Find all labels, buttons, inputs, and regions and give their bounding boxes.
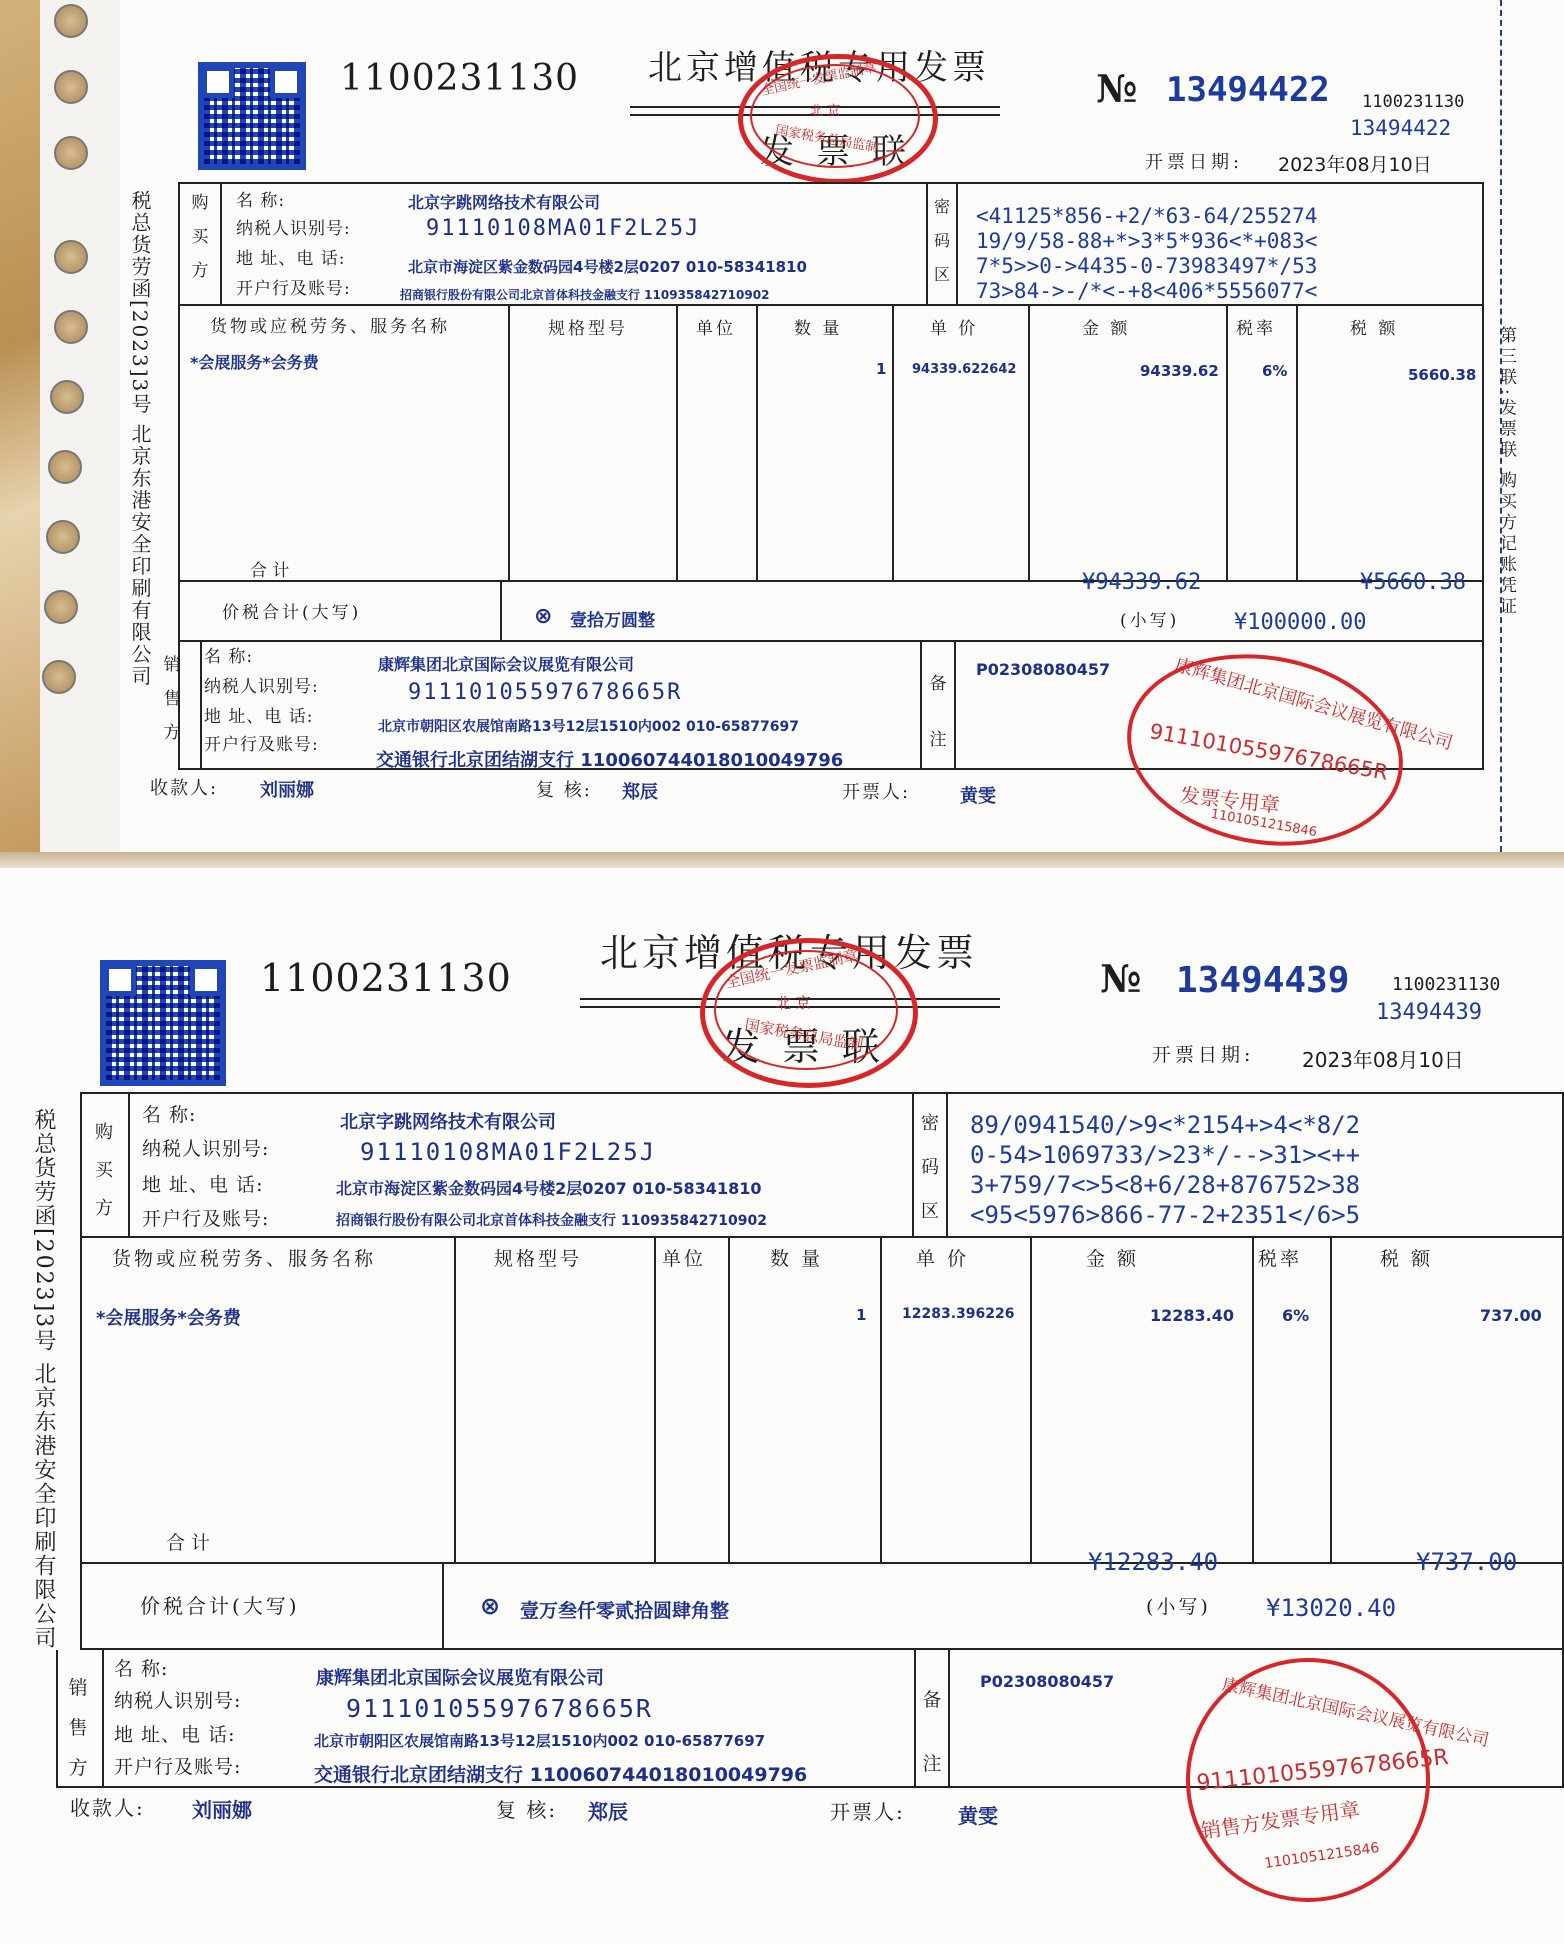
- remarks-label: 备注: [926, 656, 950, 768]
- supervision-seal-text: 北 京: [810, 100, 840, 119]
- buyer-section-label: 购买方: [188, 186, 212, 288]
- seller-name-label: 名 称:: [114, 1654, 168, 1681]
- cipher-area-label: 密码区: [930, 190, 954, 292]
- col-header-spec: 规格型号: [494, 1244, 582, 1271]
- divider: [178, 580, 1484, 582]
- divider: [654, 1236, 656, 1562]
- divider: [442, 1562, 444, 1650]
- total-amount: ¥13020.40: [1266, 1594, 1396, 1622]
- subtotal-label: 合 计: [166, 1528, 210, 1555]
- col-header-unit-price: 单 价: [916, 1244, 969, 1271]
- col-header-amount: 金 额: [1086, 1244, 1139, 1271]
- buyer-tax-id-label: 纳税人识别号:: [236, 214, 351, 239]
- item-tax: 737.00: [1480, 1306, 1542, 1325]
- buyer-name-label: 名 称:: [236, 186, 285, 211]
- invoice-number-small: 13494439: [1376, 1000, 1482, 1025]
- divider: [1028, 304, 1030, 580]
- item-amount: 12283.40: [1150, 1306, 1234, 1325]
- total-amount: ¥100000.00: [1234, 610, 1366, 635]
- seller-address-label: 地 址、电 话:: [204, 702, 314, 727]
- seller-bank: 交通银行北京团结湖支行 110060744018010049796: [314, 1760, 807, 1787]
- divider: [676, 304, 678, 580]
- payee: 刘丽娜: [192, 1794, 252, 1823]
- col-header-qty: 数 量: [794, 314, 842, 339]
- divider: [102, 1650, 104, 1788]
- divider: [1226, 304, 1228, 580]
- perforation-hole: [46, 520, 80, 554]
- number-label: №: [1096, 66, 1137, 111]
- buyer-address: 北京市海淀区紫金数码园4号楼2层0207 010-58341810: [336, 1176, 761, 1199]
- invoice-code-small: 1100231130: [1362, 92, 1464, 112]
- buyer-bank: 招商银行股份有限公司北京首体科技金融支行 110935842710902: [400, 286, 769, 303]
- divider: [920, 640, 922, 770]
- buyer-address: 北京市海淀区紫金数码园4号楼2层0207 010-58341810: [408, 256, 807, 277]
- col-header-tax-rate: 税率: [1236, 314, 1276, 339]
- cipher-line: <95<5976>866-77-2+2351</6>5: [970, 1200, 1360, 1230]
- cipher-area: <41125*856-+2/*63-64/25527419/9/58-88+*>…: [976, 204, 1317, 304]
- printer-side-text: 税总货劳函[2023]3号 北京东港安全印刷有限公司: [28, 1108, 59, 1650]
- divider: [948, 1650, 950, 1788]
- divider: [200, 640, 202, 770]
- item-tax-rate: 6%: [1262, 362, 1287, 380]
- issue-date: 2023年08月10日: [1278, 150, 1432, 177]
- perforated-strip: [40, 0, 120, 852]
- item-unit-price: 12283.396226: [902, 1306, 1014, 1322]
- divider: [892, 304, 894, 580]
- payee-label: 收款人:: [70, 1792, 145, 1821]
- seller-address: 北京市朝阳区农展馆南路13号12层1510内002 010-65877697: [314, 1730, 765, 1751]
- cipher-line: 7*5>>0->4435-0-73983497*/53: [976, 254, 1317, 279]
- col-header-tax: 税 额: [1380, 1244, 1433, 1271]
- perforation-hole: [54, 70, 88, 104]
- total-small-label: (小写): [1120, 606, 1179, 631]
- cipher-line: <41125*856-+2/*63-64/255274: [976, 204, 1317, 229]
- total-label: 价税合计(大写): [222, 598, 361, 623]
- divider: [926, 182, 928, 304]
- divider: [178, 304, 1484, 306]
- perforation-hole: [50, 380, 84, 414]
- total-small-label: (小写): [1146, 1592, 1211, 1619]
- cipher-line: 0-54>1069733/>23*/-->31><++: [970, 1140, 1360, 1170]
- qr-code: [198, 62, 306, 170]
- background-wood: [0, 0, 40, 852]
- reviewer-label: 复 核:: [496, 1794, 557, 1823]
- divider: [912, 1092, 914, 1236]
- buyer-section-label: 购买方: [92, 1114, 116, 1228]
- divider: [756, 304, 758, 580]
- subtotal-tax: ¥5660.38: [1360, 570, 1466, 595]
- total-label: 价税合计(大写): [140, 1590, 300, 1619]
- seller-tax-id-label: 纳税人识别号:: [114, 1686, 241, 1713]
- col-header-tax: 税 额: [1350, 314, 1398, 339]
- seller-address: 北京市朝阳区农展馆南路13号12层1510内002 010-65877697: [378, 716, 799, 736]
- divider: [508, 304, 510, 580]
- issuer: 黄雯: [958, 1800, 998, 1829]
- divider: [880, 1236, 882, 1562]
- divider: [1330, 1236, 1332, 1562]
- item-tax-rate: 6%: [1282, 1306, 1309, 1325]
- item-unit-price: 94339.622642: [912, 362, 1016, 377]
- divider: [956, 182, 958, 304]
- perforation-hole: [42, 660, 76, 694]
- subtotal-label: 合 计: [250, 556, 289, 581]
- col-header-unit: 单位: [662, 1244, 706, 1271]
- seller-name: 康辉集团北京国际会议展览有限公司: [378, 652, 634, 675]
- invoice-number: 13494422: [1166, 70, 1330, 110]
- divider: [454, 1236, 456, 1562]
- issuer-label: 开票人:: [830, 1796, 905, 1825]
- copy-side-text: 第三联:发票联 购买方记账凭证: [1494, 326, 1519, 618]
- buyer-bank-label: 开户行及账号:: [142, 1204, 269, 1231]
- subtotal-tax: ¥737.00: [1416, 1548, 1517, 1576]
- circle-x-icon: ⊗: [534, 604, 552, 629]
- perforation-hole: [54, 136, 88, 170]
- cipher-area: 89/0941540/>9<*2154+>4<*8/20-54>1069733/…: [970, 1110, 1360, 1230]
- col-header-unit-price: 单 价: [930, 314, 978, 339]
- payee-label: 收款人:: [150, 774, 218, 800]
- col-header-amount: 金 额: [1082, 314, 1130, 339]
- divider: [178, 640, 1484, 642]
- cipher-line: 19/9/58-88+*>3*5*936<*+083<: [976, 229, 1317, 254]
- remarks: P02308080457: [976, 660, 1110, 679]
- divider: [220, 182, 222, 304]
- circle-x-icon: ⊗: [480, 1592, 500, 1620]
- reviewer: 郑辰: [622, 778, 658, 804]
- remarks: P02308080457: [980, 1672, 1114, 1691]
- perforation-hole: [54, 240, 88, 274]
- item-amount: 94339.62: [1140, 362, 1219, 380]
- buyer-tax-id: 91110108MA01F2L25J: [426, 216, 700, 241]
- invoice-2: 1100231130 北京增值税专用发票 发票联 全国统一发票监制章 北 京 国…: [0, 868, 1564, 1944]
- issuer: 黄雯: [960, 782, 996, 808]
- date-label: 开票日期:: [1145, 148, 1243, 174]
- subtotal-amount: ¥94339.62: [1082, 570, 1201, 595]
- payee: 刘丽娜: [260, 776, 314, 802]
- invoice-code: 1100231130: [260, 956, 512, 1000]
- invoice-1: 1100231130 北京增值税专用发票 发票联 全国统一发票监制章 北 京 国…: [0, 0, 1564, 852]
- buyer-tax-id: 91110108MA01F2L25J: [360, 1138, 656, 1166]
- buyer-bank: 招商银行股份有限公司北京首体科技金融支行 110935842710902: [336, 1210, 767, 1230]
- remarks-label: 备注: [920, 1668, 944, 1796]
- divider: [1252, 1236, 1254, 1562]
- col-header-spec: 规格型号: [548, 314, 628, 339]
- invoice-number-small: 13494422: [1350, 116, 1451, 140]
- buyer-tax-id-label: 纳税人识别号:: [142, 1134, 269, 1161]
- perforation-hole: [54, 310, 88, 344]
- col-header-name: 货物或应税劳务、服务名称: [112, 1244, 376, 1271]
- item-name: *会展服务*会务费: [96, 1304, 241, 1330]
- buyer-bank-label: 开户行及账号:: [236, 274, 351, 299]
- seller-bank-label: 开户行及账号:: [204, 730, 319, 755]
- divider: [128, 1092, 130, 1236]
- cipher-line: 3+759/7<>5<8+6/28+876752>38: [970, 1170, 1360, 1200]
- buyer-name: 北京字跳网络技术有限公司: [340, 1108, 556, 1134]
- seller-address-label: 地 址、电 话:: [114, 1720, 235, 1747]
- perforation-hole: [44, 590, 78, 624]
- divider: [500, 580, 502, 640]
- seller-name-label: 名 称:: [204, 642, 253, 667]
- reviewer-label: 复 核:: [536, 776, 592, 802]
- seller-section-label: 销售方: [160, 648, 184, 750]
- buyer-address-label: 地 址、电 话:: [142, 1170, 263, 1197]
- printer-side-text: 税总货劳函[2023]3号 北京东港安全印刷有限公司: [126, 190, 155, 688]
- item-qty: 1: [856, 1306, 866, 1324]
- reviewer: 郑辰: [588, 1796, 628, 1825]
- divider: [1296, 304, 1298, 580]
- total-in-words: 壹万叁仟零贰拾圆肆角整: [520, 1596, 729, 1623]
- item-tax: 5660.38: [1408, 366, 1476, 384]
- issuer-label: 开票人:: [842, 778, 910, 804]
- issue-date: 2023年08月10日: [1302, 1044, 1464, 1073]
- supervision-seal-text: 北 京: [776, 992, 811, 1013]
- col-header-name: 货物或应税劳务、服务名称: [210, 312, 450, 337]
- seller-bank-label: 开户行及账号:: [114, 1752, 241, 1779]
- perforation-hole: [48, 450, 82, 484]
- buyer-name: 北京字跳网络技术有限公司: [408, 190, 600, 213]
- col-header-unit: 单位: [696, 314, 736, 339]
- cipher-area-label: 密码区: [918, 1102, 942, 1234]
- date-label: 开票日期:: [1152, 1040, 1254, 1067]
- col-header-tax-rate: 税率: [1258, 1244, 1302, 1271]
- seller-section-label: 销售方: [66, 1668, 90, 1788]
- seller-tax-id: 91110105597678665R: [346, 1694, 653, 1723]
- seller-tax-id-label: 纳税人识别号:: [204, 672, 319, 697]
- subtotal-amount: ¥12283.40: [1088, 1548, 1218, 1576]
- item-qty: 1: [876, 360, 886, 378]
- invoice-code-small: 1100231130: [1392, 974, 1500, 995]
- total-in-words: 壹拾万圆整: [570, 606, 655, 631]
- number-label: №: [1100, 956, 1141, 1001]
- divider: [80, 1562, 1564, 1564]
- buyer-address-label: 地 址、电 话:: [236, 244, 346, 269]
- seller-tax-id: 91110105597678665R: [408, 680, 682, 705]
- cipher-line: 89/0941540/>9<*2154+>4<*8/2: [970, 1110, 1360, 1140]
- seller-name: 康辉集团北京国际会议展览有限公司: [316, 1664, 604, 1690]
- invoice-number: 13494439: [1176, 960, 1349, 1001]
- cipher-line: 73>84->-/*<-+8<406*5556077<: [976, 279, 1317, 304]
- divider: [914, 1650, 916, 1788]
- divider: [728, 1236, 730, 1562]
- qr-code: [100, 960, 226, 1086]
- col-header-qty: 数 量: [770, 1244, 823, 1271]
- divider: [1030, 1236, 1032, 1562]
- invoice-code: 1100231130: [340, 58, 579, 99]
- page-gap: [0, 852, 1564, 868]
- divider: [80, 1236, 1564, 1238]
- seller-bank: 交通银行北京团结湖支行 110060744018010049796: [376, 746, 843, 772]
- perforation-hole: [54, 4, 88, 38]
- divider: [946, 1092, 948, 1236]
- item-name: *会展服务*会务费: [190, 350, 319, 373]
- buyer-name-label: 名 称:: [142, 1100, 196, 1127]
- divider: [954, 640, 956, 770]
